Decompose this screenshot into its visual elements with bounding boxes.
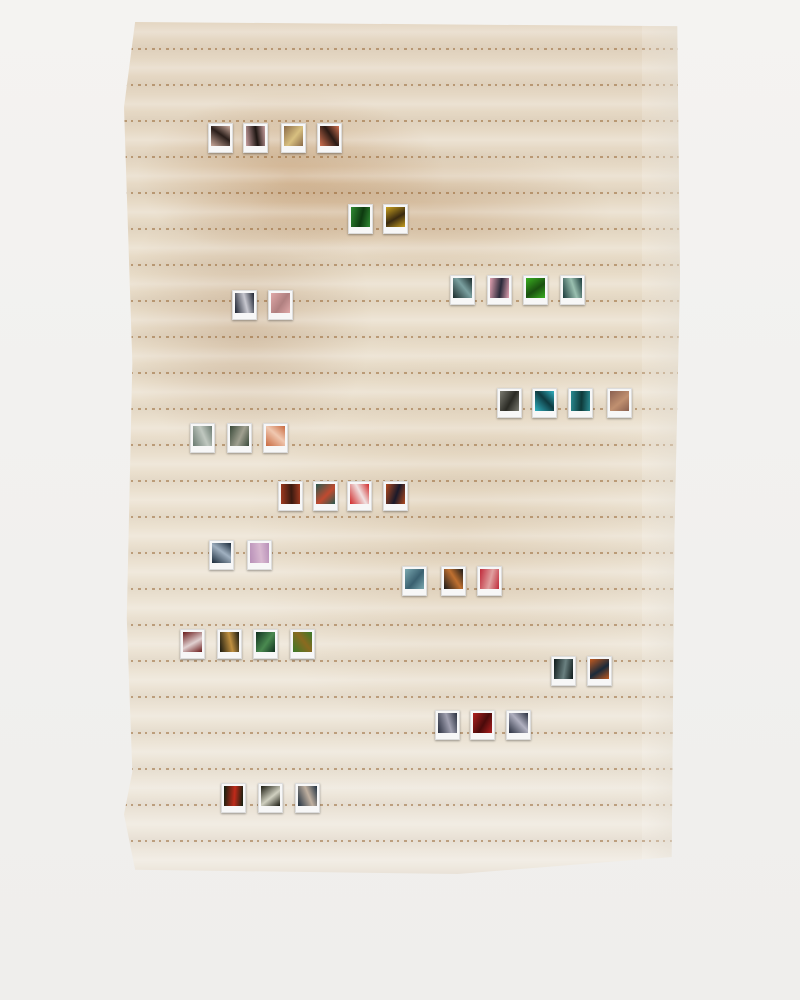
polaroid-photo bbox=[243, 123, 268, 153]
polaroid-photo bbox=[587, 656, 612, 686]
polaroid-photo bbox=[383, 481, 408, 511]
polaroid-photo bbox=[180, 629, 205, 659]
polaroid-image bbox=[193, 426, 212, 446]
polaroid-image bbox=[183, 632, 202, 652]
polaroid-photo bbox=[253, 629, 278, 659]
polaroid-image bbox=[211, 126, 230, 146]
polaroid-image bbox=[509, 713, 528, 733]
polaroid-image bbox=[571, 391, 590, 411]
polaroid-photo bbox=[497, 388, 522, 418]
polaroid-photo bbox=[450, 275, 475, 305]
polaroid-image bbox=[261, 786, 280, 806]
polaroid-image bbox=[453, 278, 472, 298]
polaroid-image bbox=[284, 126, 303, 146]
polaroid-image bbox=[535, 391, 554, 411]
polaroid-photo bbox=[217, 629, 242, 659]
polaroid-image bbox=[554, 659, 573, 679]
polaroid-image bbox=[386, 207, 405, 227]
polaroid-image bbox=[480, 569, 499, 589]
polaroid-image bbox=[281, 484, 300, 504]
polaroid-photo bbox=[568, 388, 593, 418]
polaroid-photo bbox=[441, 566, 466, 596]
polaroid-image bbox=[386, 484, 405, 504]
polaroid-image bbox=[212, 543, 231, 563]
polaroid-photo bbox=[313, 481, 338, 511]
polaroid-photo bbox=[227, 423, 252, 453]
polaroid-photo bbox=[232, 290, 257, 320]
polaroid-photo bbox=[523, 275, 548, 305]
polaroid-photo bbox=[560, 275, 585, 305]
polaroid-photo bbox=[258, 783, 283, 813]
polaroid-image bbox=[351, 207, 370, 227]
polaroid-photo bbox=[607, 388, 632, 418]
polaroid-photo bbox=[290, 629, 315, 659]
polaroid-image bbox=[230, 426, 249, 446]
polaroid-photo bbox=[348, 204, 373, 234]
polaroid-photo bbox=[208, 123, 233, 153]
polaroid-photo bbox=[295, 783, 320, 813]
polaroid-photo bbox=[487, 275, 512, 305]
polaroid-image bbox=[224, 786, 243, 806]
polaroid-photo bbox=[506, 710, 531, 740]
polaroid-photo bbox=[383, 204, 408, 234]
polaroid-image bbox=[316, 484, 335, 504]
polaroid-image bbox=[526, 278, 545, 298]
polaroid-photo bbox=[532, 388, 557, 418]
polaroid-image bbox=[563, 278, 582, 298]
polaroid-image bbox=[293, 632, 312, 652]
polaroid-photo bbox=[209, 540, 234, 570]
polaroid-image bbox=[246, 126, 265, 146]
polaroid-image bbox=[271, 293, 290, 313]
polaroid-photo bbox=[402, 566, 427, 596]
polaroid-image bbox=[256, 632, 275, 652]
polaroid-photo bbox=[551, 656, 576, 686]
polaroid-image bbox=[490, 278, 509, 298]
polaroid-photo bbox=[281, 123, 306, 153]
polaroid-image bbox=[298, 786, 317, 806]
polaroid-photo bbox=[435, 710, 460, 740]
polaroid-image bbox=[235, 293, 254, 313]
polaroid-photo bbox=[221, 783, 246, 813]
polaroid-image bbox=[250, 543, 269, 563]
polaroid-image bbox=[220, 632, 239, 652]
polaroid-photo bbox=[263, 423, 288, 453]
polaroid-image bbox=[350, 484, 369, 504]
polaroid-image bbox=[320, 126, 339, 146]
polaroid-image bbox=[610, 391, 629, 411]
polaroid-photo bbox=[268, 290, 293, 320]
polaroid-image bbox=[438, 713, 457, 733]
polaroid-image bbox=[444, 569, 463, 589]
polaroid-image bbox=[473, 713, 492, 733]
polaroid-image bbox=[405, 569, 424, 589]
polaroid-photo bbox=[247, 540, 272, 570]
polaroid-photo bbox=[278, 481, 303, 511]
polaroid-image bbox=[500, 391, 519, 411]
polaroid-image bbox=[590, 659, 609, 679]
polaroid-photo bbox=[190, 423, 215, 453]
polaroid-photo bbox=[317, 123, 342, 153]
polaroid-photo bbox=[347, 481, 372, 511]
polaroid-photo bbox=[470, 710, 495, 740]
polaroid-image bbox=[266, 426, 285, 446]
polaroid-photo bbox=[477, 566, 502, 596]
